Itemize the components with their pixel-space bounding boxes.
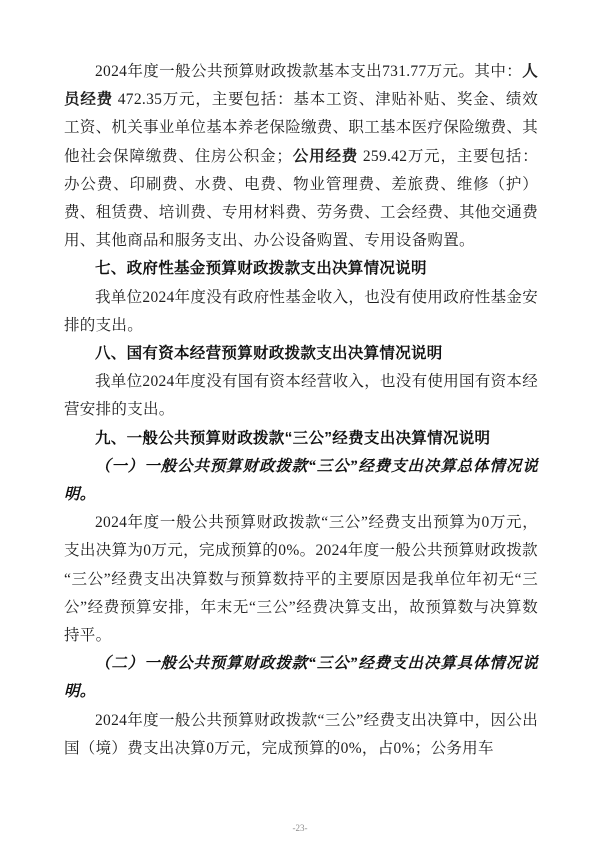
paragraph-basic-expense: 2024年度一般公共预算财政拨款基本支出731.77万元。其中：人员经费 472… [64,58,538,255]
text-basic-expense-intro: 2024年度一般公共预算财政拨款基本支出731.77万元。其中： [95,63,522,80]
page-number: -23- [0,822,600,834]
paragraph-state-capital: 我单位2024年度没有国有资本经营收入，也没有使用国有资本经营安排的支出。 [64,368,538,424]
section-heading-three-public-funds: 九、一般公共预算财政拨款“三公”经费支出决算情况说明 [64,425,538,453]
section-heading-state-capital: 八、国有资本经营预算财政拨款支出决算情况说明 [64,340,538,368]
paragraph-overall-situation: 2024年度一般公共预算财政拨款“三公”经费支出预算为0万元，支出决算为0万元，… [64,509,538,650]
paragraph-government-funds: 我单位2024年度没有政府性基金收入，也没有使用政府性基金安排的支出。 [64,284,538,340]
section-heading-government-funds: 七、政府性基金预算财政拨款支出决算情况说明 [64,255,538,283]
subsection-heading-overall-situation: （一）一般公共预算财政拨款“三公”经费支出决算总体情况说明。 [64,453,538,509]
document-page: 2024年度一般公共预算财政拨款基本支出731.77万元。其中：人员经费 472… [0,0,600,849]
subsection-heading-specific-situation: （二）一般公共预算财政拨款“三公”经费支出决算具体情况说明。 [64,650,538,706]
paragraph-specific-situation: 2024年度一般公共预算财政拨款“三公”经费支出决算中，因公出国（境）费支出决算… [64,707,538,763]
label-public-funds: 公用经费 [292,148,358,165]
document-body: 2024年度一般公共预算财政拨款基本支出731.77万元。其中：人员经费 472… [64,58,538,763]
